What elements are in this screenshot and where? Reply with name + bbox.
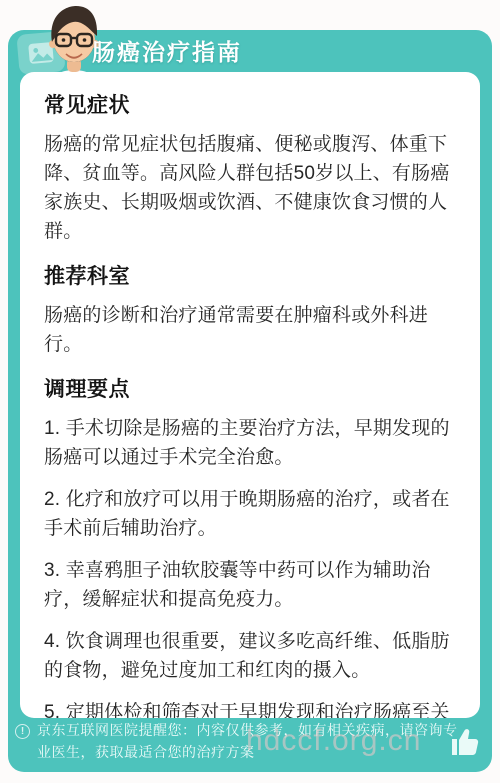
disclaimer-text: 京东互联网医院提醒您：内容仅供参考，如有相关疾病，请咨询专业医生，获取最适合您的… bbox=[37, 719, 463, 763]
content-card: 常见症状 肠癌的常见症状包括腹痛、便秘或腹泻、体重下降、贫血等。高风险人群包括5… bbox=[20, 72, 480, 718]
section-heading-department: 推荐科室 bbox=[44, 260, 456, 290]
symptoms-paragraph: 肠癌的常见症状包括腹痛、便秘或腹泻、体重下降、贫血等。高风险人群包括50岁以上、… bbox=[44, 130, 456, 246]
thumbs-up-icon[interactable] bbox=[450, 726, 480, 758]
care-point-5: 5. 定期体检和筛查对于早期发现和治疗肠癌至关重要，尤其是高风险人群。 bbox=[44, 698, 456, 718]
department-paragraph: 肠癌的诊断和治疗通常需要在肿瘤科或外科进行。 bbox=[44, 301, 456, 359]
care-point-1: 1. 手术切除是肠癌的主要治疗方法，早期发现的肠癌可以通过手术完全治愈。 bbox=[44, 414, 456, 472]
care-point-3: 3. 幸喜鸦胆子油软胶囊等中药可以作为辅助治疗，缓解症状和提高免疫力。 bbox=[44, 556, 456, 614]
header: 肠癌治疗指南 bbox=[8, 30, 492, 72]
page: 肠癌治疗指南 常见症状 肠癌的常见症状包括腹痛、便秘或腹泻、体重下降、贫血等。高… bbox=[0, 0, 500, 783]
section-heading-symptoms: 常见症状 bbox=[44, 89, 456, 119]
care-point-2: 2. 化疗和放疗可以用于晚期肠癌的治疗，或者在手术前后辅助治疗。 bbox=[44, 485, 456, 543]
page-title: 肠癌治疗指南 bbox=[92, 34, 242, 67]
footer: ! 京东互联网医院提醒您：内容仅供参考，如有相关疾病，请咨询专业医生，获取最适合… bbox=[8, 716, 492, 772]
care-point-4: 4. 饮食调理也很重要，建议多吃高纤维、低脂肪的食物，避免过度加工和红肉的摄入。 bbox=[44, 627, 456, 685]
thumbs-up-glyph bbox=[450, 726, 480, 758]
guide-card: 肠癌治疗指南 常见症状 肠癌的常见症状包括腹痛、便秘或腹泻、体重下降、贫血等。高… bbox=[8, 30, 492, 772]
info-icon: ! bbox=[15, 724, 30, 739]
section-heading-care-points: 调理要点 bbox=[44, 373, 456, 403]
